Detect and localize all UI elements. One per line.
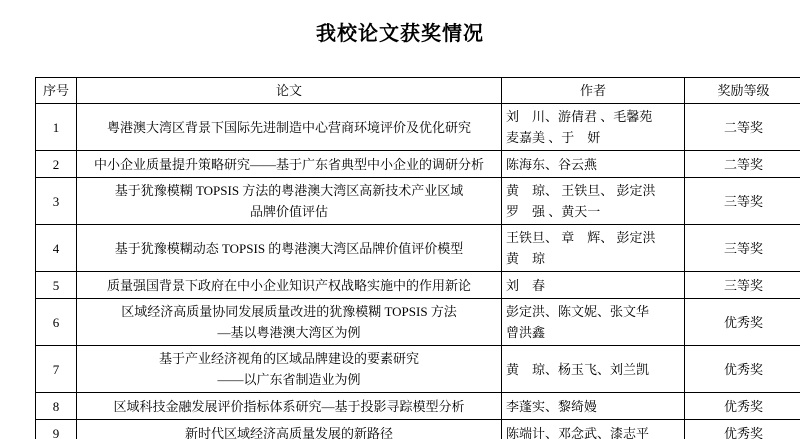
paper-title: 新时代区域经济高质量发展的新路径 — [77, 420, 502, 439]
authors: 陈端计、邓念武、漆志平 — [502, 420, 685, 439]
paper-title: 粤港澳大湾区背景下国际先进制造中心营商环境评价及优化研究 — [77, 104, 502, 151]
table-row: 8 区域科技金融发展评价指标体系研究—基于投影寻踪模型分析 李蓬实、黎绮嫚 优秀… — [36, 393, 800, 420]
table-row: 1 粤港澳大湾区背景下国际先进制造中心营商环境评价及优化研究 刘 川、游倩君 、… — [36, 104, 800, 151]
row-index: 9 — [36, 420, 77, 439]
authors: 王铁旦、 章 辉、 彭定洪 黄 琼 — [502, 225, 685, 272]
paper-title: 基于产业经济视角的区域品牌建设的要素研究 ——以广东省制造业为例 — [77, 346, 502, 393]
row-index: 6 — [36, 299, 77, 346]
document-page: 我校论文获奖情况 序号 论文 作者 奖励等级 1 粤港澳大湾区背景下国际先进制造… — [0, 0, 800, 439]
header-index: 序号 — [36, 78, 77, 104]
award-level: 优秀奖 — [685, 299, 800, 346]
header-award: 奖励等级 — [685, 78, 800, 104]
header-authors: 作者 — [502, 78, 685, 104]
row-index: 4 — [36, 225, 77, 272]
award-level: 优秀奖 — [685, 393, 800, 420]
row-index: 8 — [36, 393, 77, 420]
row-index: 3 — [36, 178, 77, 225]
authors: 黄 琼、杨玉飞、刘兰凯 — [502, 346, 685, 393]
page-title: 我校论文获奖情况 — [0, 0, 800, 46]
authors: 刘 春 — [502, 272, 685, 299]
authors: 陈海东、谷云燕 — [502, 151, 685, 178]
award-level: 优秀奖 — [685, 346, 800, 393]
row-index: 7 — [36, 346, 77, 393]
paper-title: 基于犹豫模糊 TOPSIS 方法的粤港澳大湾区高新技术产业区域 品牌价值评估 — [77, 178, 502, 225]
table-row: 6 区域经济高质量协同发展质量改进的犹豫模糊 TOPSIS 方法 —基以粤港澳大… — [36, 299, 800, 346]
award-level: 三等奖 — [685, 178, 800, 225]
awards-table: 序号 论文 作者 奖励等级 1 粤港澳大湾区背景下国际先进制造中心营商环境评价及… — [35, 77, 800, 439]
table-row: 9 新时代区域经济高质量发展的新路径 陈端计、邓念武、漆志平 优秀奖 — [36, 420, 800, 439]
row-index: 1 — [36, 104, 77, 151]
table-header: 序号 论文 作者 奖励等级 — [36, 78, 800, 104]
award-level: 优秀奖 — [685, 420, 800, 439]
paper-title: 区域科技金融发展评价指标体系研究—基于投影寻踪模型分析 — [77, 393, 502, 420]
row-index: 2 — [36, 151, 77, 178]
award-level: 三等奖 — [685, 225, 800, 272]
table-row: 2 中小企业质量提升策略研究——基于广东省典型中小企业的调研分析 陈海东、谷云燕… — [36, 151, 800, 178]
table-row: 7 基于产业经济视角的区域品牌建设的要素研究 ——以广东省制造业为例 黄 琼、杨… — [36, 346, 800, 393]
table-row: 5 质量强国背景下政府在中小企业知识产权战略实施中的作用新论 刘 春 三等奖 — [36, 272, 800, 299]
paper-title: 质量强国背景下政府在中小企业知识产权战略实施中的作用新论 — [77, 272, 502, 299]
paper-title: 基于犹豫模糊动态 TOPSIS 的粤港澳大湾区品牌价值评价模型 — [77, 225, 502, 272]
table-header-row: 序号 论文 作者 奖励等级 — [36, 78, 800, 104]
header-paper: 论文 — [77, 78, 502, 104]
award-level: 三等奖 — [685, 272, 800, 299]
row-index: 5 — [36, 272, 77, 299]
award-level: 二等奖 — [685, 151, 800, 178]
authors: 彭定洪、陈文妮、张文华 曾洪鑫 — [502, 299, 685, 346]
authors: 黄 琼、 王铁旦、 彭定洪 罗 强 、黄天一 — [502, 178, 685, 225]
award-level: 二等奖 — [685, 104, 800, 151]
paper-title: 中小企业质量提升策略研究——基于广东省典型中小企业的调研分析 — [77, 151, 502, 178]
authors: 李蓬实、黎绮嫚 — [502, 393, 685, 420]
table-row: 3 基于犹豫模糊 TOPSIS 方法的粤港澳大湾区高新技术产业区域 品牌价值评估… — [36, 178, 800, 225]
paper-title: 区域经济高质量协同发展质量改进的犹豫模糊 TOPSIS 方法 —基以粤港澳大湾区… — [77, 299, 502, 346]
authors: 刘 川、游倩君 、毛馨苑 麦嘉美 、于 妍 — [502, 104, 685, 151]
table-row: 4 基于犹豫模糊动态 TOPSIS 的粤港澳大湾区品牌价值评价模型 王铁旦、 章… — [36, 225, 800, 272]
